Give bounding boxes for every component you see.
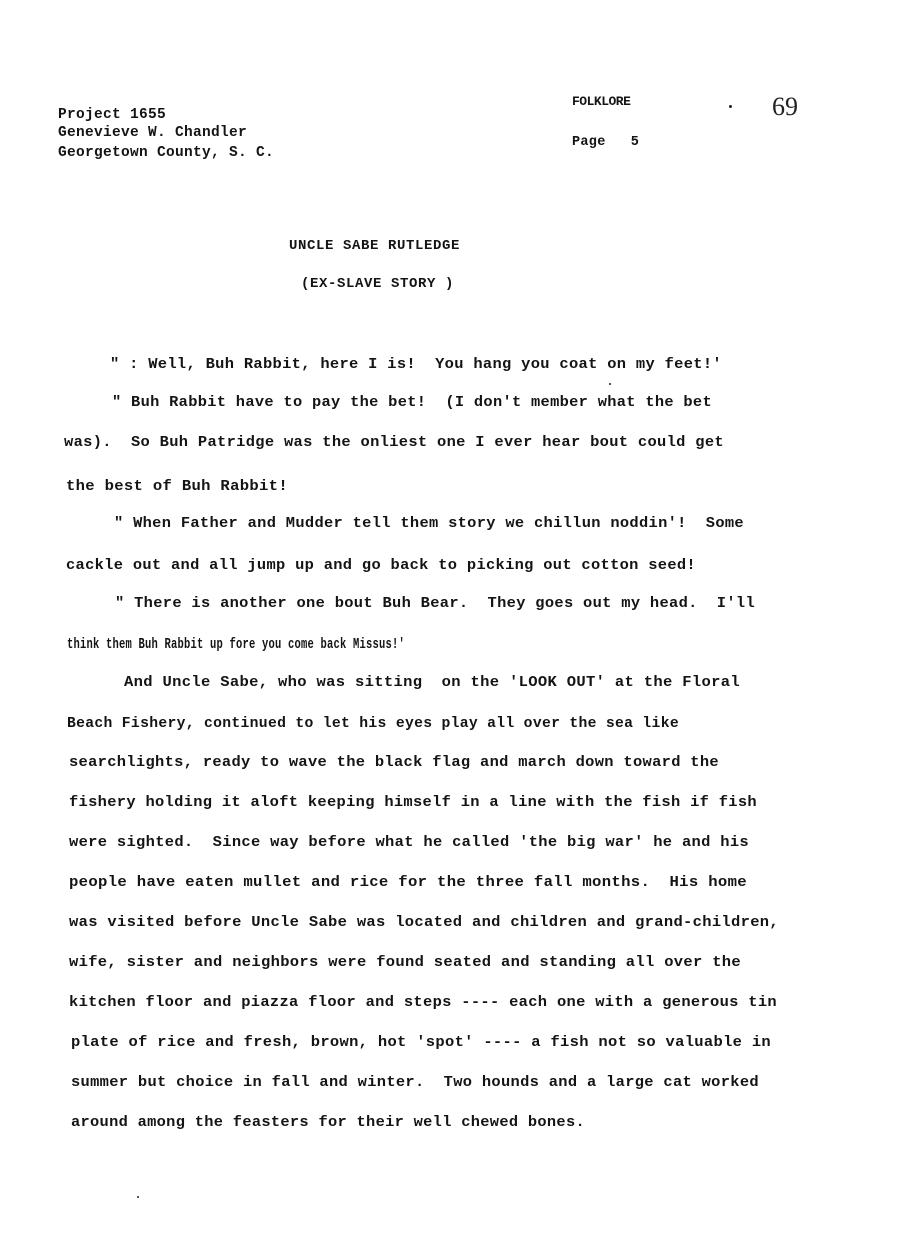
body-line: Beach Fishery, continued to let his eyes… (67, 717, 679, 732)
body-line: kitchen floor and piazza floor and steps… (69, 996, 777, 1011)
story-subtitle: (EX-SLAVE STORY ) (301, 277, 454, 291)
body-line: " : Well, Buh Rabbit, here I is! You han… (110, 358, 722, 373)
stray-mark (729, 105, 732, 108)
body-line: " Buh Rabbit have to pay the bet! (I don… (112, 396, 712, 411)
body-line: people have eaten mullet and rice for th… (69, 876, 747, 891)
body-line: around among the feasters for their well… (71, 1116, 585, 1131)
author-name: Genevieve W. Chandler (58, 126, 247, 141)
body-line: And Uncle Sabe, who was sitting on the '… (124, 676, 740, 691)
body-line: think them Buh Rabbit up fore you come b… (67, 638, 405, 653)
folio-number: 69 (772, 94, 798, 120)
location: Georgetown County, S. C. (58, 146, 274, 161)
body-line: plate of rice and fresh, brown, hot 'spo… (71, 1036, 771, 1051)
body-line: wife, sister and neighbors were found se… (69, 956, 741, 971)
body-line: fishery holding it aloft keeping himself… (69, 796, 757, 811)
body-line: were sighted. Since way before what he c… (69, 836, 749, 851)
body-line: " When Father and Mudder tell them story… (114, 517, 744, 532)
body-line: searchlights, ready to wave the black fl… (69, 756, 719, 771)
body-line: was). So Buh Patridge was the onliest on… (64, 436, 724, 451)
project-number: Project 1655 (58, 108, 166, 123)
stray-mark (609, 383, 611, 385)
stray-mark (137, 1196, 139, 1198)
body-line: was visited before Uncle Sabe was locate… (69, 916, 779, 931)
body-line: summer but choice in fall and winter. Tw… (71, 1076, 759, 1091)
body-line: the best of Buh Rabbit! (66, 480, 288, 495)
body-line: cackle out and all jump up and go back t… (66, 559, 696, 574)
story-title: UNCLE SABE RUTLEDGE (289, 239, 460, 253)
page-number: Page 5 (572, 136, 639, 150)
document-page: Project 1655 Genevieve W. Chandler Georg… (0, 0, 900, 1236)
category-label: FOLKLORE (572, 95, 630, 108)
body-line: " There is another one bout Buh Bear. Th… (115, 597, 755, 612)
